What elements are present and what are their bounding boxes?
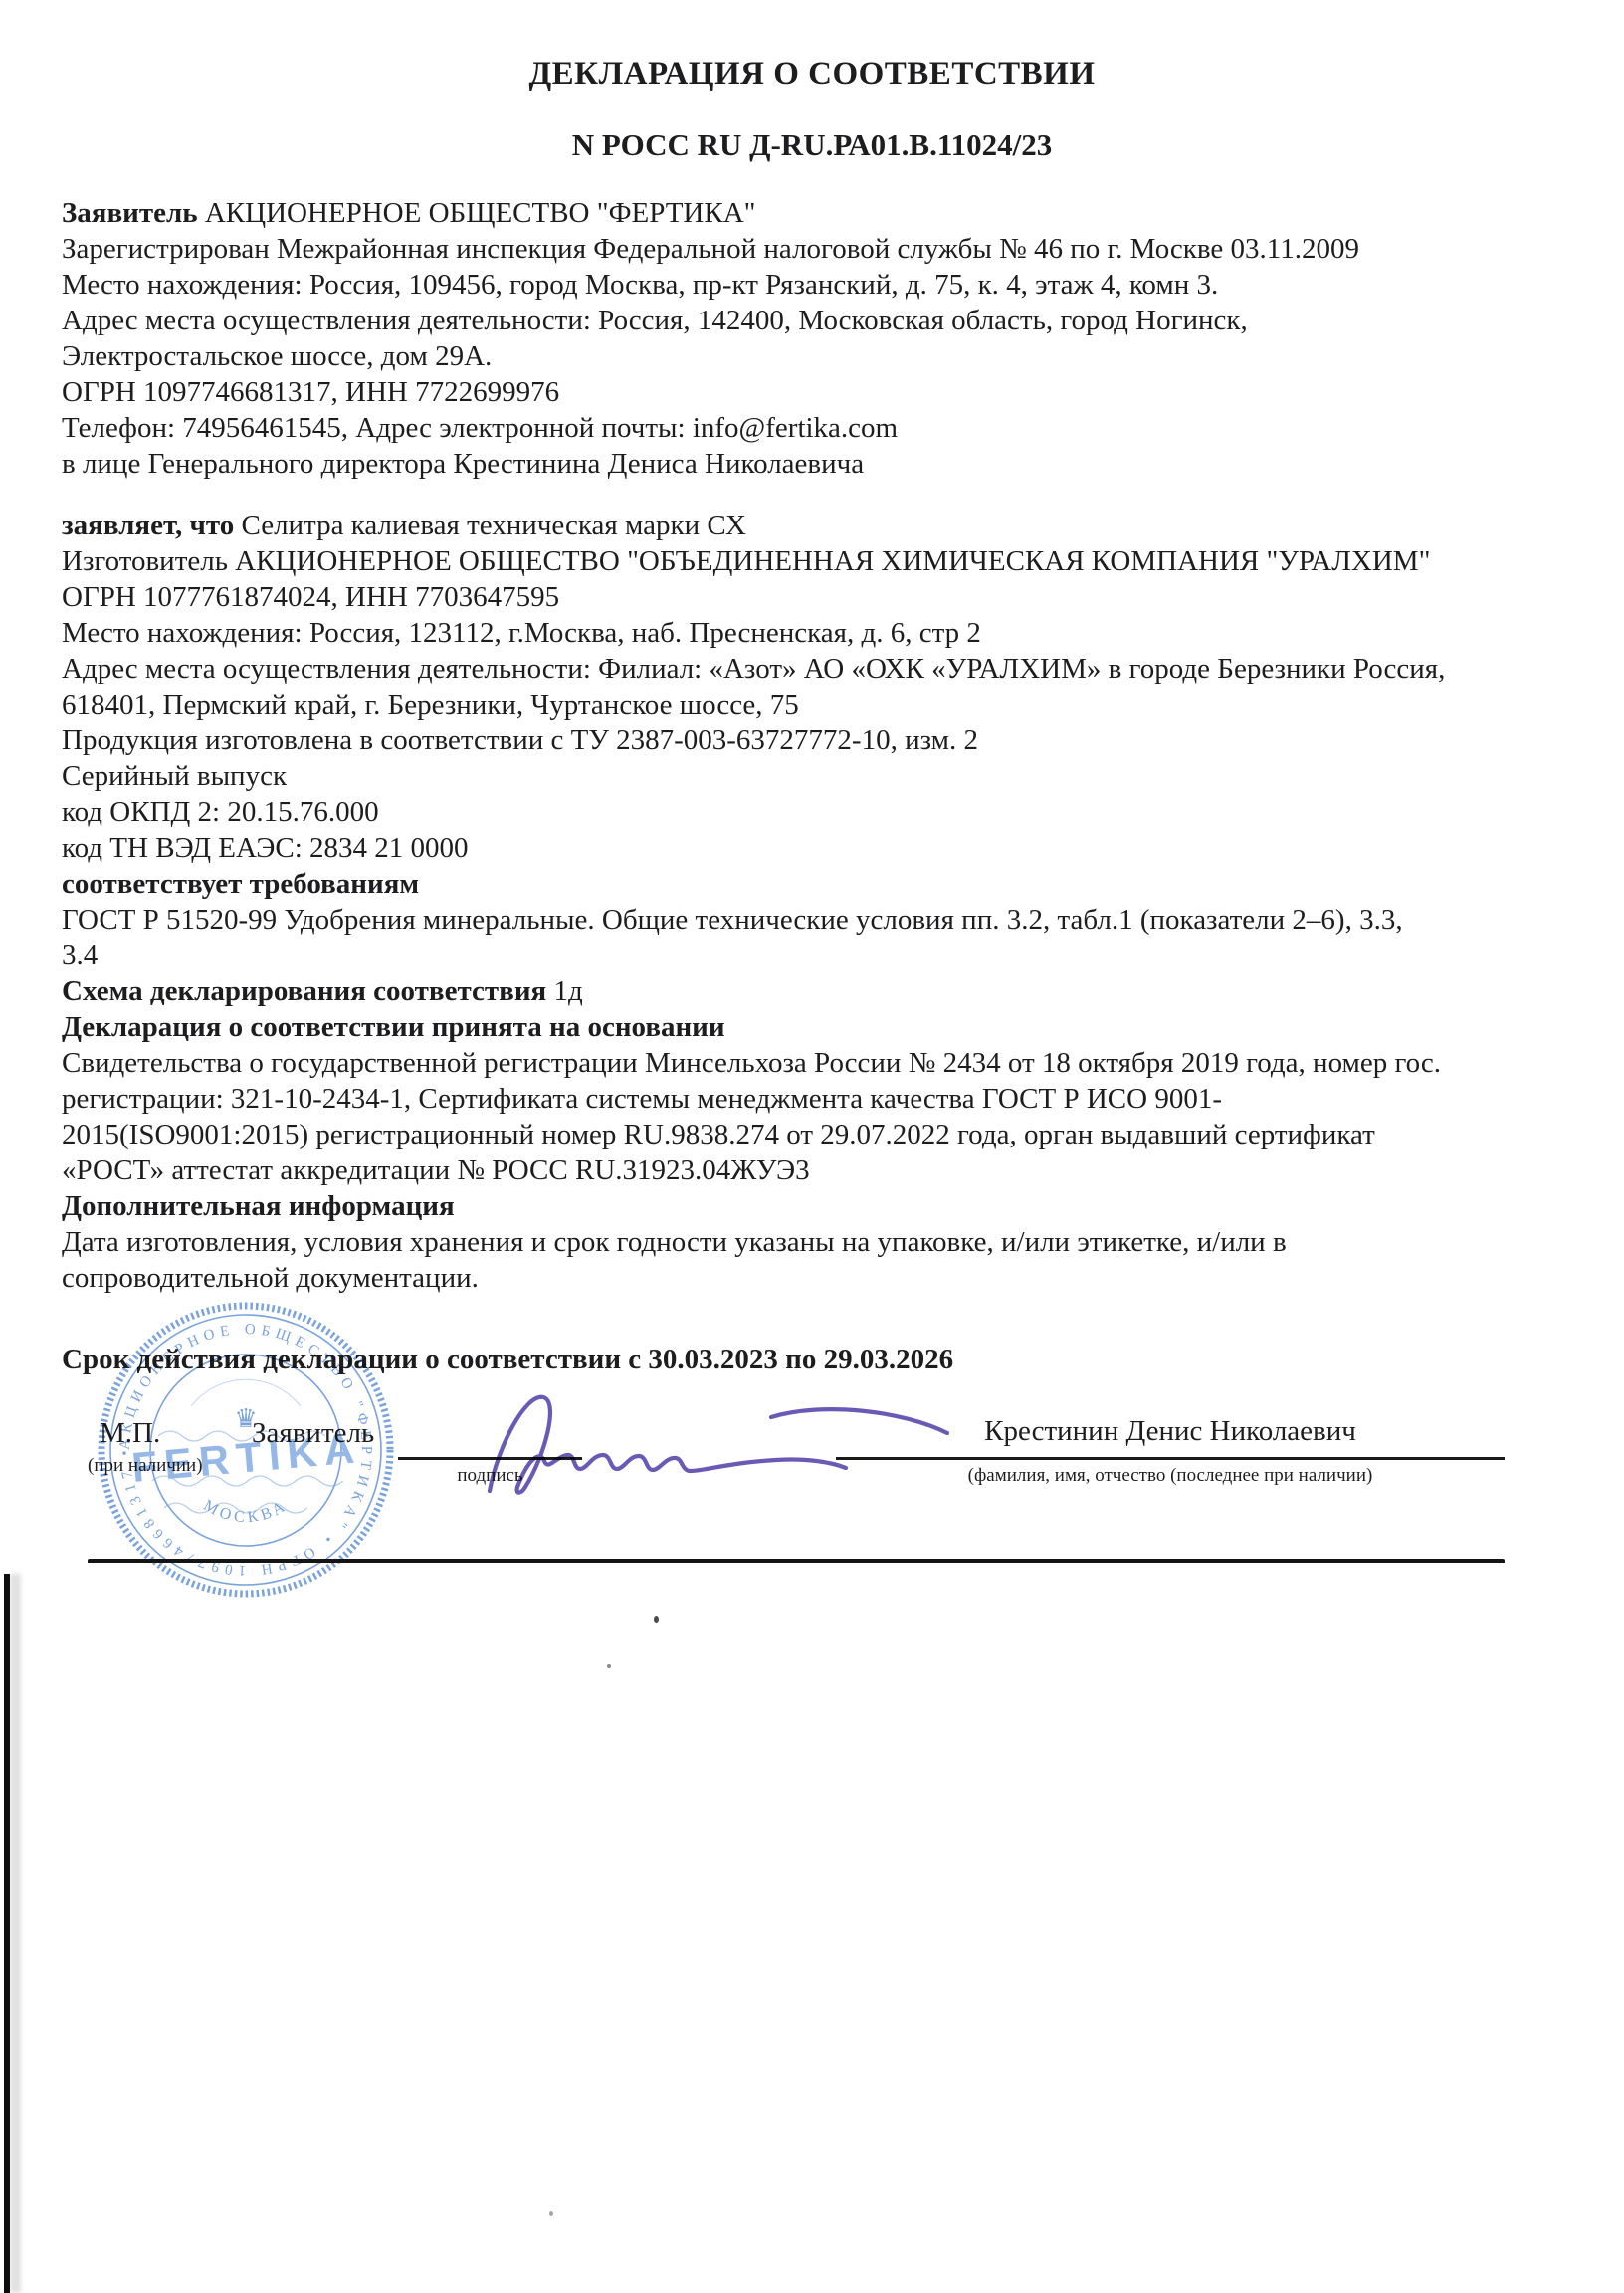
declaration-number: N РОСС RU Д-RU.РА01.В.11024/23 xyxy=(0,127,1624,163)
doc-line: Электростальское шоссе, дом 29А. xyxy=(62,338,1445,374)
crown-icon: ♛ xyxy=(234,1404,257,1433)
signature-flourish xyxy=(771,1409,947,1433)
scan-edge-shadow xyxy=(10,1574,21,2293)
document-page: ДЕКЛАРАЦИЯ О СООТВЕТСТВИИ N РОСС RU Д-RU… xyxy=(0,0,1624,2293)
doc-line: Место нахождения: Россия, 109456, город … xyxy=(62,267,1445,303)
doc-line: Дата изготовления, условия хранения и ср… xyxy=(62,1224,1445,1260)
scan-speck xyxy=(607,1664,611,1668)
doc-line: Адрес места осуществления деятельности: … xyxy=(62,303,1445,338)
doc-line: заявляет, что Селитра калиевая техническ… xyxy=(62,508,1445,543)
doc-line: Адрес места осуществления деятельности: … xyxy=(62,651,1445,687)
doc-block: Заявитель АКЦИОНЕРНОЕ ОБЩЕСТВО "ФЕРТИКА"… xyxy=(62,195,1445,482)
doc-line: 3.4 xyxy=(62,938,1445,973)
handwritten-signature xyxy=(378,1363,975,1523)
doc-line: ГОСТ Р 51520-99 Удобрения минеральные. О… xyxy=(62,902,1445,938)
bottom-divider-line xyxy=(88,1559,1505,1563)
doc-line: соответствует требованиям xyxy=(62,866,1445,902)
document-title: ДЕКЛАРАЦИЯ О СООТВЕТСТВИИ xyxy=(0,56,1624,93)
doc-line: Зарегистрирован Межрайонная инспекция Фе… xyxy=(62,231,1445,267)
doc-line: Дополнительная информация xyxy=(62,1188,1445,1224)
doc-line: Свидетельства о государственной регистра… xyxy=(62,1045,1445,1081)
doc-line: сопроводительной документации. xyxy=(62,1260,1445,1296)
doc-line: код ОКПД 2: 20.15.76.000 xyxy=(62,794,1445,830)
scan-speck xyxy=(549,2211,553,2216)
doc-line: Схема декларирования соответствия 1д xyxy=(62,973,1445,1009)
stamp-guilloche-arc xyxy=(191,1379,301,1406)
stamp-city-text: МОСКВА xyxy=(201,1497,292,1527)
document-body: Заявитель АКЦИОНЕРНОЕ ОБЩЕСТВО "ФЕРТИКА"… xyxy=(62,195,1445,1377)
doc-line: Декларация о соответствии принята на осн… xyxy=(62,1009,1445,1045)
company-stamp: АКЦИОНЕРНОЕ ОБЩЕСТВО "ФЕРТИКА" • ОГРН 10… xyxy=(97,1301,395,1599)
scan-speck xyxy=(654,1616,659,1623)
doc-line: ОГРН 1077761874024, ИНН 7703647595 xyxy=(62,579,1445,615)
doc-line: Серийный выпуск xyxy=(62,758,1445,794)
doc-line: ОГРН 1097746681317, ИНН 7722699976 xyxy=(62,374,1445,410)
doc-line: Место нахождения: Россия, 123112, г.Моск… xyxy=(62,615,1445,651)
doc-line: Изготовитель АКЦИОНЕРНОЕ ОБЩЕСТВО "ОБЪЕД… xyxy=(62,543,1445,579)
doc-line: Телефон: 74956461545, Адрес электронной … xyxy=(62,410,1445,446)
doc-line: Продукция изготовлена в соответствии с Т… xyxy=(62,723,1445,758)
doc-line: Заявитель АКЦИОНЕРНОЕ ОБЩЕСТВО "ФЕРТИКА" xyxy=(62,195,1445,231)
doc-block: заявляет, что Селитра калиевая техническ… xyxy=(62,508,1445,1296)
doc-line: в лице Генерального директора Крестинина… xyxy=(62,446,1445,482)
doc-line: регистрации: 321-10-2434-1, Сертификата … xyxy=(62,1081,1445,1117)
stamp-center-text: FERTIKA xyxy=(130,1424,363,1491)
doc-line: 618401, Пермский край, г. Березники, Чур… xyxy=(62,687,1445,723)
doc-line: 2015(ISO9001:2015) регистрационный номер… xyxy=(62,1117,1445,1152)
doc-line: «РОСТ» аттестат аккредитации № РОСС RU.3… xyxy=(62,1152,1445,1188)
doc-line: код ТН ВЭД ЕАЭС: 2834 21 0000 xyxy=(62,830,1445,866)
